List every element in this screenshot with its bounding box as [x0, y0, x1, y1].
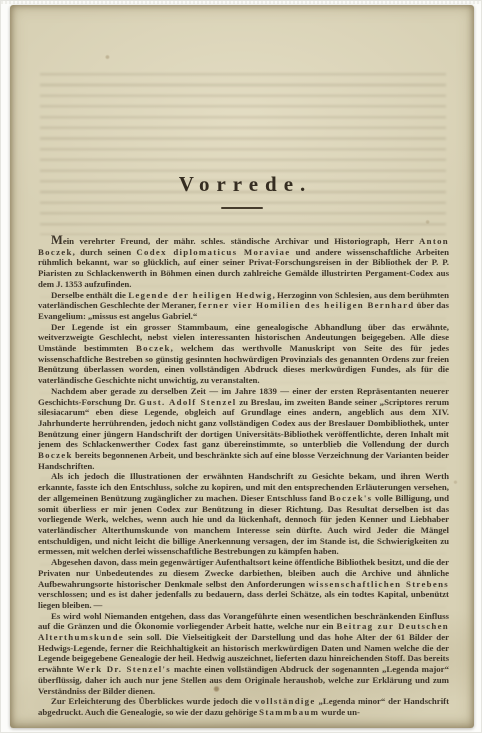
paragraph: Abgesehen davon, dass mein gegenwärtiger…	[38, 557, 449, 611]
book-page: Vorrede. Mein verehrter Freund, der mähr…	[10, 5, 474, 728]
emphasized-letterspaced-text: Codex diplomaticus Moraviae	[136, 247, 290, 257]
emphasized-letterspaced-text: Werk Dr. Stenzel's	[76, 664, 171, 674]
emphasized-letterspaced-text: wissenschaftlichen Strebens	[309, 579, 450, 589]
paragraph: Der Legende ist ein grosser Stammbaum, e…	[38, 322, 449, 386]
scan-frame: Vorrede. Mein verehrter Freund, der mähr…	[0, 0, 482, 733]
paragraph: Als ich jedoch die Illustrationen der er…	[38, 471, 449, 557]
body-text: verschlossen; und es ist daher jedenfall…	[38, 589, 449, 610]
emphasized-letterspaced-text: Legende der heiligen Hedwig	[128, 290, 272, 300]
paragraph: Zur Erleichterung des Überblickes wurde …	[38, 696, 449, 717]
emphasized-letterspaced-text: Stammbaum	[259, 707, 319, 717]
paragraph: Mein verehrter Freund, der mähr. schles.…	[38, 234, 449, 290]
paragraph: Es wird wohl Niemanden entgehen, dass da…	[38, 611, 449, 697]
body-text: bereits begonnenen Arbeit, und beschränk…	[38, 450, 449, 471]
body-text: Zur Erleichterung des Überblickes wurde …	[51, 696, 255, 706]
body-text: wurde un-	[319, 707, 360, 717]
emphasized-letterspaced-text: ferner vier Homilien des heiligen Bernha…	[198, 300, 414, 310]
paragraph: Derselbe enthält die Legende der heilige…	[38, 290, 449, 322]
paragraph: Nachdem aber gerade zu derselben Zeit — …	[38, 386, 449, 472]
body-text: ein verehrter Freund, der mähr. schles. …	[63, 236, 419, 246]
emphasized-letterspaced-text: Gust. Adolf Stenzel	[139, 397, 237, 407]
emphasized-letterspaced-text: Boczek's	[329, 493, 372, 503]
emphasized-letterspaced-text: Boczek	[38, 450, 73, 460]
verso-bleedthrough-texture	[40, 73, 446, 235]
emphasized-letterspaced-text: Boczek	[136, 343, 171, 353]
body-text: Derselbe enthält die	[51, 290, 128, 300]
emphasized-letterspaced-text: vollständige	[255, 696, 316, 706]
body-text: M	[51, 233, 63, 247]
page-title: Vorrede.	[10, 172, 474, 197]
title-divider-rule	[221, 207, 263, 209]
body-text: , durch seinen	[73, 247, 137, 257]
preface-text: Mein verehrter Freund, der mähr. schles.…	[38, 234, 449, 718]
